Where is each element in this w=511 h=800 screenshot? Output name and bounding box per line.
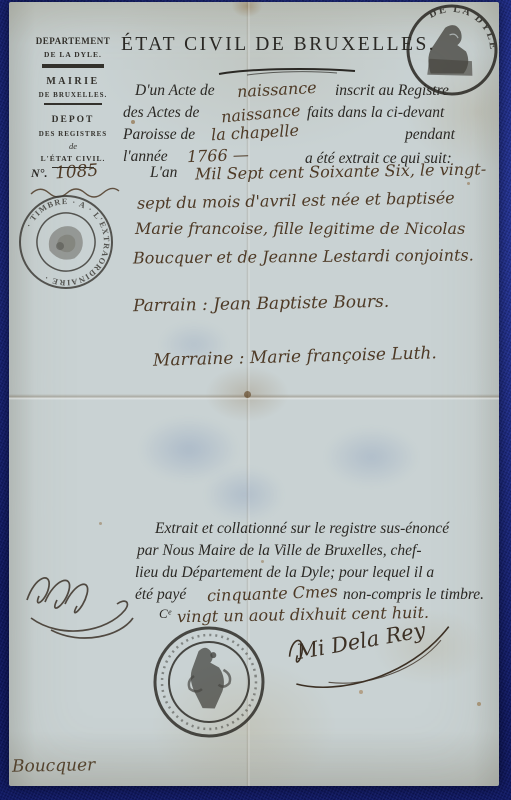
fold-stain (244, 391, 251, 398)
form-line1-handwritten: naissance (237, 78, 318, 101)
horizontal-fold-crease (9, 394, 499, 400)
attestation-line4-printed-b: non-compris le timbre. (343, 586, 484, 604)
form-line1-printed-a: D'un Acte de (135, 82, 215, 100)
sidebar-mairie: MAIRIE (25, 76, 121, 87)
dyle-prefecture-stamp: DE LA DYLE (402, 2, 502, 98)
form-line3-printed-b: pendant (405, 126, 455, 144)
foxing-speck (477, 702, 481, 706)
form-line2-printed-b: faits dans la ci-devant (307, 104, 444, 122)
body-handwritten-line2: sept du mois d'avril est née et baptisée (137, 188, 455, 213)
ink-bleedthrough (324, 427, 419, 487)
sidebar-registres: DES REGISTRES (25, 130, 121, 138)
form-line2-printed-a: des Actes de (123, 104, 199, 122)
foxing-speck (467, 182, 470, 185)
sidebar-de: de (25, 141, 121, 151)
sidebar-rule (42, 64, 104, 68)
mairie-seal-stamp (147, 622, 271, 742)
photo-background: DEPARTEMENT DE LA DYLE. MAIRIE DE BRUXEL… (0, 0, 511, 800)
mayor-signature-text: Mi Dela Rey (294, 618, 428, 665)
body-parrain-line: Parrain : Jean Baptiste Bours. (133, 292, 390, 316)
registry-number: N°. 1085 (31, 162, 99, 182)
foxing-speck (261, 560, 264, 563)
body-handwritten-line1: Mil Sept cent Soixante Six, le vingt- (195, 159, 486, 183)
form-line3-printed-a: Paroisse de (123, 126, 195, 144)
form-line3-handwritten: la chapelle (211, 121, 300, 145)
mayor-signature: Mi Dela Rey (284, 612, 464, 692)
sidebar-rule (44, 103, 102, 105)
margin-paraph-signature (21, 566, 141, 651)
attestation-fee-handwritten: cinquante Cmes (207, 582, 338, 606)
title-underline-flourish (217, 66, 357, 78)
registry-number-label: N°. (31, 166, 47, 180)
body-lan-printed: L'an (150, 164, 177, 182)
sidebar-departement: DEPARTEMENT (25, 36, 121, 46)
letterhead-sidebar: DEPARTEMENT DE LA DYLE. MAIRIE DE BRUXEL… (25, 36, 121, 168)
attestation-line4-printed-a: été payé (135, 586, 186, 604)
ink-bleedthrough (204, 467, 284, 522)
timbre-extraordinaire-stamp: · TIMBRE · A · L'EXTRAORDINAIRE · (16, 190, 116, 294)
sidebar-dyle: DE LA DYLE. (25, 50, 121, 59)
sidebar-depot: DEPOT (25, 115, 121, 125)
sidebar-bruxelles: DE BRUXELLES. (25, 91, 121, 99)
attestation-line3: lieu du Département de la Dyle; pour leq… (135, 564, 434, 582)
body-handwritten-line3: Marie francoise, fille legitime de Nicol… (135, 219, 465, 238)
foxing-speck (99, 522, 102, 525)
document-paper: DEPARTEMENT DE LA DYLE. MAIRIE DE BRUXEL… (9, 2, 499, 786)
body-handwritten-line4: Boucquer et de Jeanne Lestardi conjoints… (133, 246, 474, 268)
registry-number-value: 1085 (55, 161, 100, 184)
attestation-ce-printed: Cᵉ (159, 606, 171, 622)
archival-name-annotation: Boucquer (12, 755, 96, 776)
attestation-line2: par Nous Maire de la Ville de Bruxelles,… (137, 542, 422, 560)
attestation-line1: Extrait et collationné sur le registre s… (155, 520, 449, 538)
